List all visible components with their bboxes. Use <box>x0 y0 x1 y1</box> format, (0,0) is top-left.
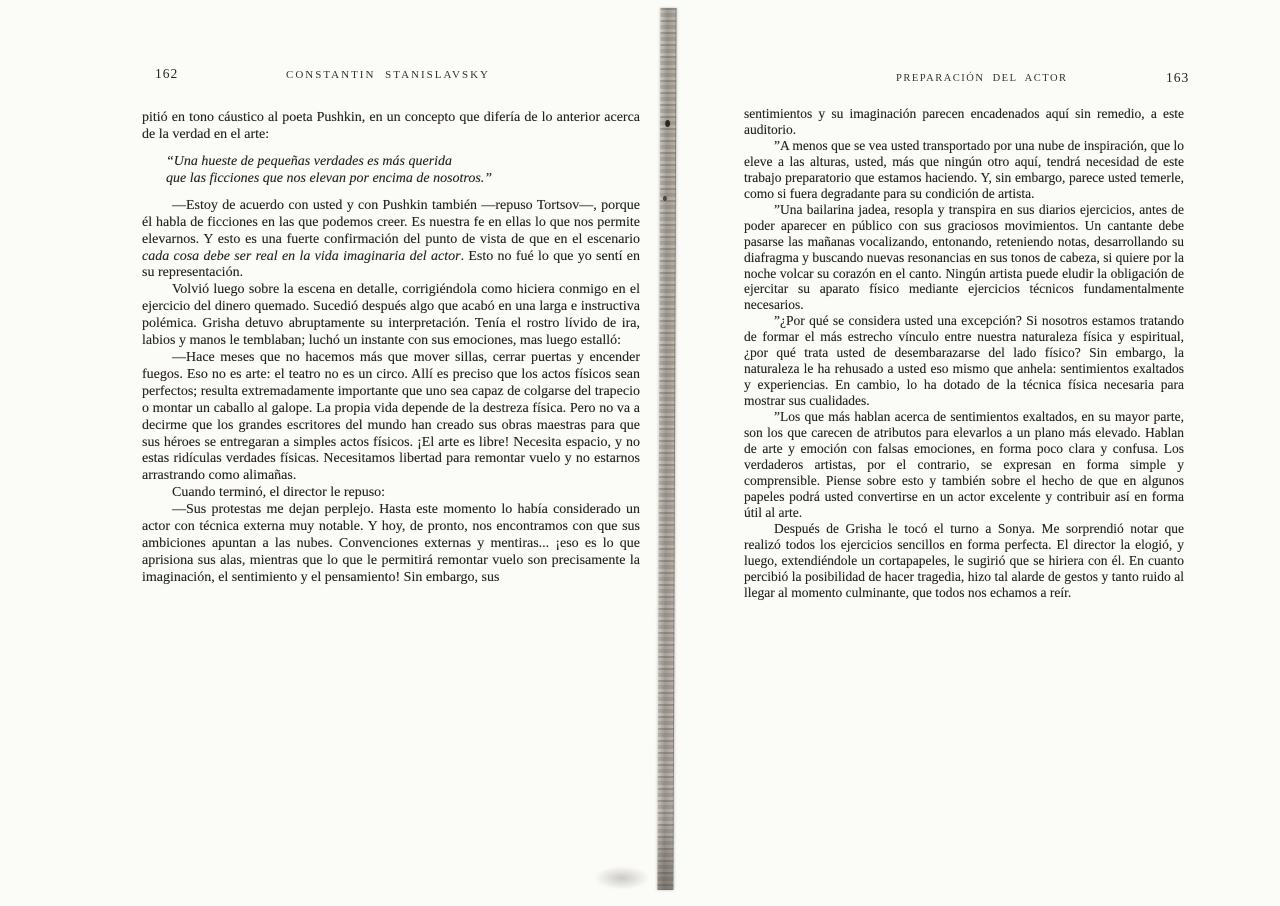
left-page-text: pitió en tono cáustico al poeta Pushkin,… <box>142 110 640 587</box>
paragraph-italic-text: cada cosa debe ser real en la vida imagi… <box>142 249 461 264</box>
book-spread: 162 CONSTANTIN STANISLAVSKY PREPARACIÓN … <box>0 0 1280 906</box>
paragraph: Volvió luego sobre la escena en detalle,… <box>142 282 640 350</box>
right-running-head: PREPARACIÓN DEL ACTOR <box>896 73 1068 84</box>
scan-speck <box>665 120 670 127</box>
right-page-text: sentimientos y su imaginación parecen en… <box>744 106 1184 601</box>
paragraph: ”Los que más hablan acerca de sentimient… <box>744 409 1184 521</box>
paragraph: Después de Grisha le tocó el turno a Son… <box>744 521 1184 601</box>
paragraph: ”¿Por qué se considera usted una excepci… <box>744 313 1184 409</box>
book-gutter <box>657 8 676 890</box>
paragraph: sentimientos y su imaginación parecen en… <box>744 106 1184 138</box>
right-page-number: 163 <box>1166 70 1189 86</box>
paragraph: —Estoy de acuerdo con usted y con Pushki… <box>142 198 640 283</box>
left-running-head: CONSTANTIN STANISLAVSKY <box>286 69 490 81</box>
paragraph: ”A menos que se vea usted transportado p… <box>744 138 1184 202</box>
quote-line: que las ficciones que nos elevan por enc… <box>166 170 640 188</box>
paragraph: pitió en tono cáustico al poeta Pushkin,… <box>142 110 640 144</box>
paragraph: —Sus protestas me dejan perplejo. Hasta … <box>142 502 640 587</box>
left-page-number: 162 <box>155 66 178 82</box>
quote-line: “Una hueste de pequeñas verdades es más … <box>166 153 640 171</box>
scan-speck <box>663 196 667 201</box>
paragraph: —Hace meses que no hacemos más que mover… <box>142 350 640 485</box>
verse-quote: “Una hueste de pequeñas verdades es más … <box>166 153 640 188</box>
paragraph: ”Una bailarina jadea, resopla y transpir… <box>744 202 1184 314</box>
scan-smudge <box>594 866 650 890</box>
paragraph: Cuando terminó, el director le repuso: <box>142 485 640 502</box>
paragraph-text: —Estoy de acuerdo con usted y con Pushki… <box>142 198 640 247</box>
